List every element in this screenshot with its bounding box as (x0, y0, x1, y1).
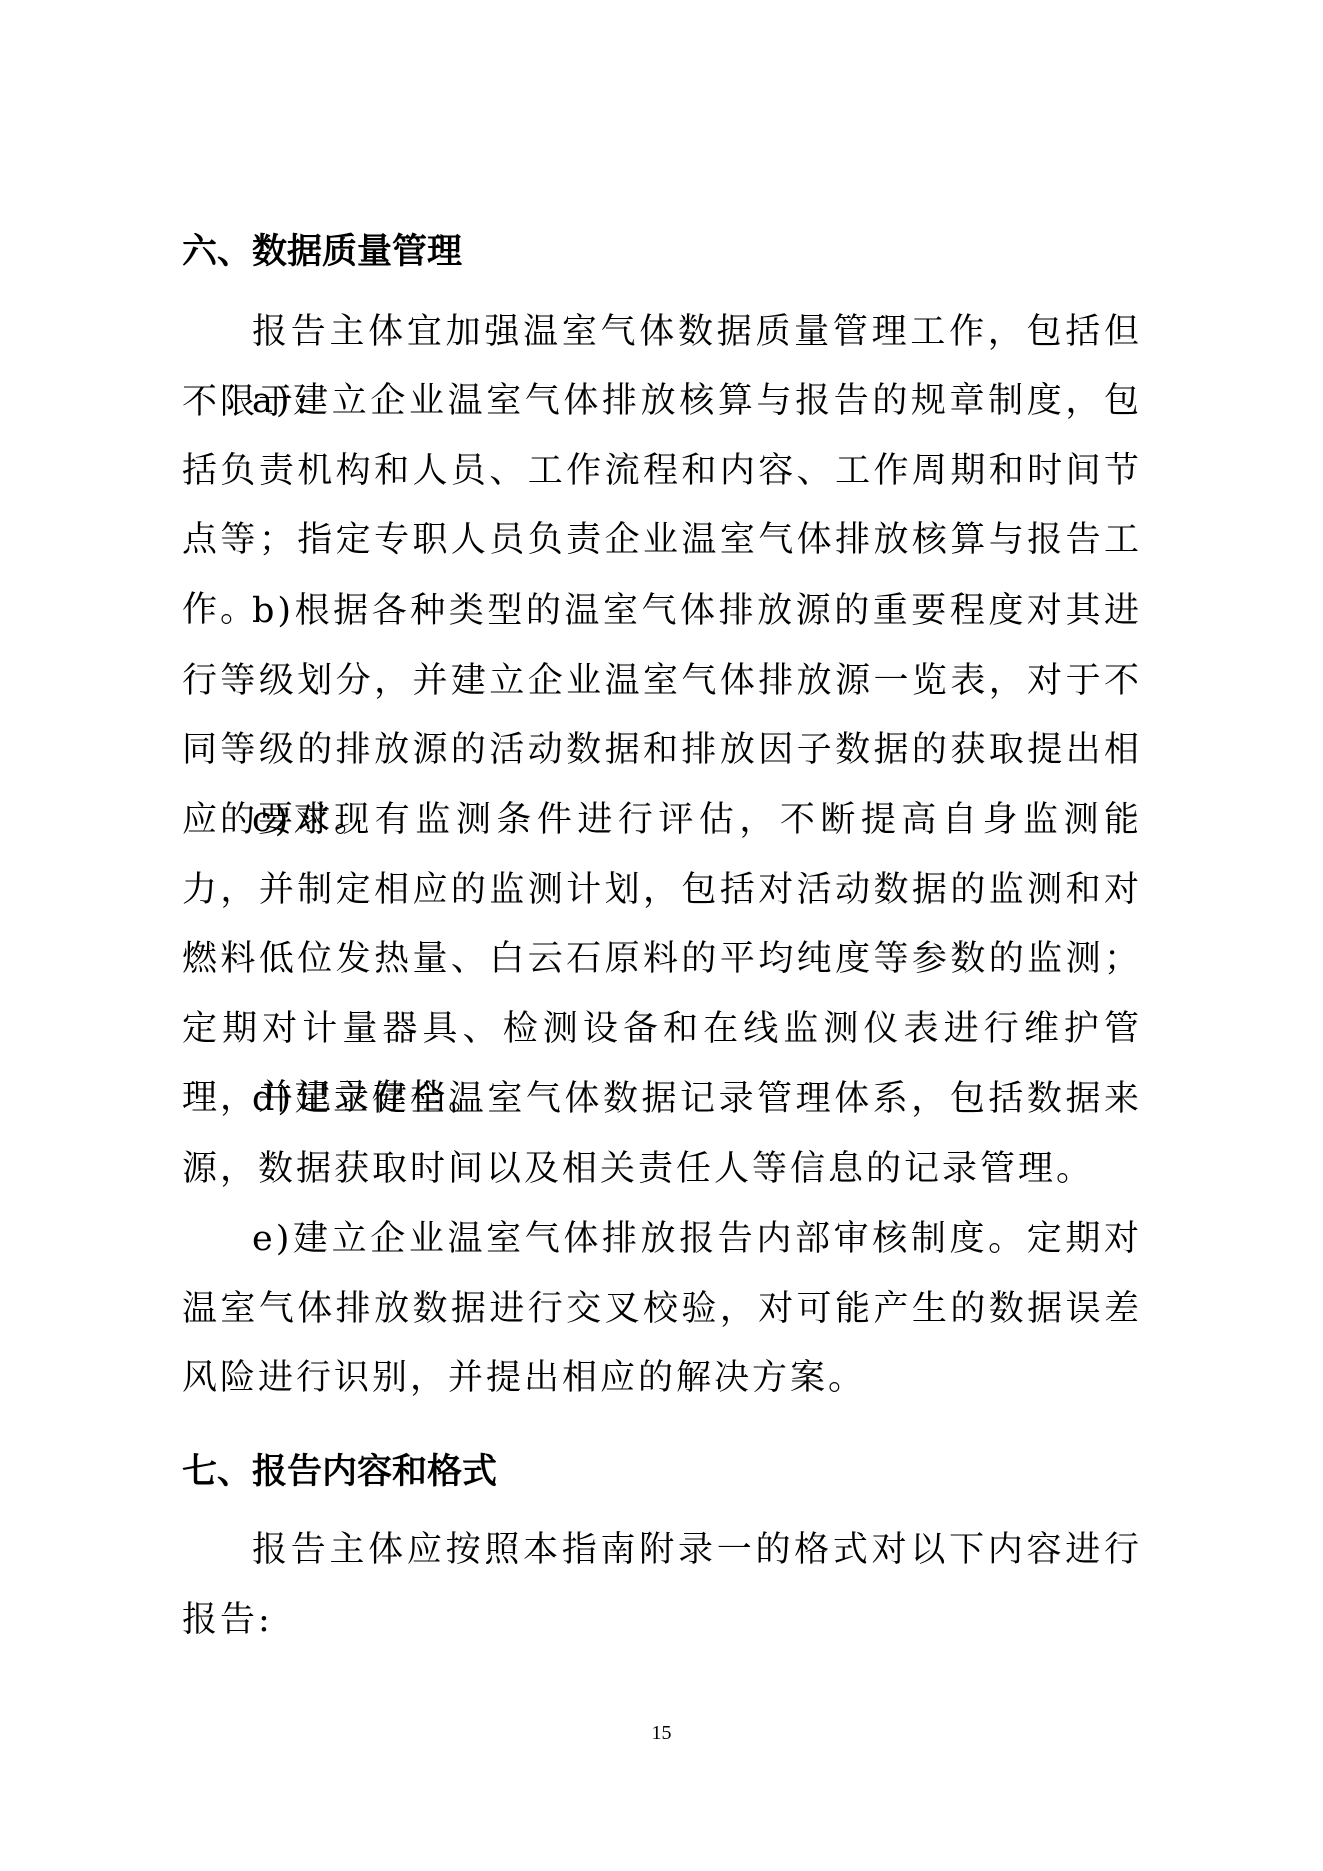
document-page: 六、数据质量管理 报告主体宜加强温室气体数据质量管理工作，包括但不限于: a)建… (0, 0, 1323, 1871)
section-heading-data-quality: 六、数据质量管理 (182, 232, 1142, 272)
paragraph-report-instruction: 报告主体应按照本指南附录一的格式对以下内容进行报告: (182, 1516, 1142, 1655)
section-heading-report-content: 七、报告内容和格式 (182, 1452, 1142, 1492)
paragraph-item-d: d)建立健全温室气体数据记录管理体系，包括数据来源，数据获取时间以及相关责任人等… (182, 1065, 1142, 1204)
paragraph-item-e: e)建立企业温室气体排放报告内部审核制度。定期对温室气体排放数据进行交叉校验，对… (182, 1205, 1142, 1414)
page-number: 15 (0, 1722, 1323, 1745)
